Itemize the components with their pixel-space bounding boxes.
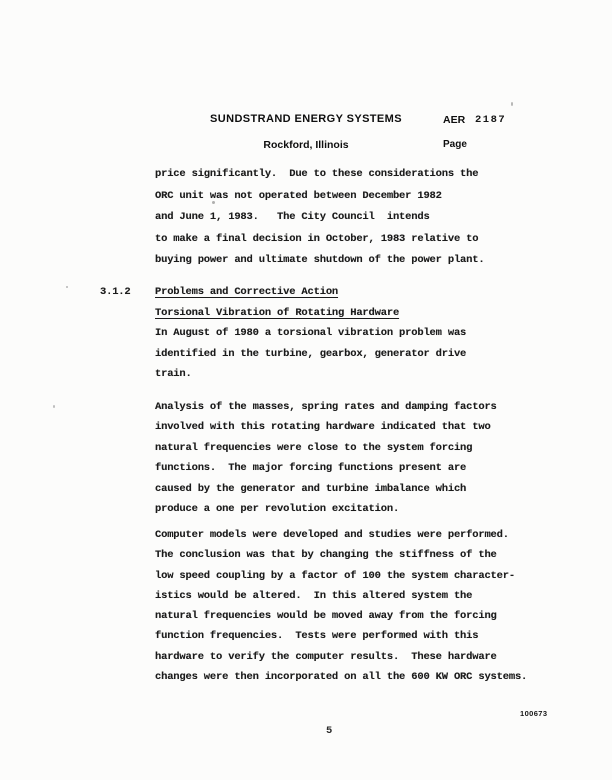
scan-speck [66, 286, 68, 288]
body-line: istics would be altered. In this altered… [155, 586, 527, 606]
scan-speck [511, 102, 513, 106]
report-number: 2187 [475, 114, 506, 126]
section-block: Problems and Corrective Action Torsional… [155, 282, 466, 385]
page-number: 5 [326, 725, 332, 737]
document-id-stamp: 100673 [520, 709, 547, 718]
body-line: The conclusion was that by changing the … [155, 545, 527, 565]
body-line: Computer models were developed and studi… [155, 525, 527, 545]
body-line: caused by the generator and turbine imba… [155, 479, 497, 499]
scan-speck [53, 405, 55, 408]
document-page: SUNDSTRAND ENERGY SYSTEMS Rockford, Illi… [0, 0, 612, 780]
body-line: natural frequencies would be moved away … [155, 606, 527, 626]
paragraph-analysis: Analysis of the masses, spring rates and… [155, 397, 497, 519]
sub-heading: Torsional Vibration of Rotating Hardware [155, 303, 466, 324]
body-line: Analysis of the masses, spring rates and… [155, 397, 497, 417]
body-line: hardware to verify the computer results.… [155, 647, 527, 667]
body-line: train. [155, 364, 466, 385]
body-line: and June 1, 1983. The City Council inten… [155, 207, 484, 229]
body-line: function frequencies. Tests were perform… [155, 626, 527, 646]
body-line: identified in the turbine, gearbox, gene… [155, 344, 466, 365]
body-line: low speed coupling by a factor of 100 th… [155, 566, 527, 586]
paragraph-intro: price significantly. Due to these consid… [155, 164, 484, 272]
body-line: produce a one per revolution excitation. [155, 499, 497, 519]
body-line: changes were then incorporated on all th… [155, 667, 527, 687]
body-line: natural frequencies were close to the sy… [155, 438, 497, 458]
company-location: Rockford, Illinois [150, 139, 462, 151]
body-line: ORC unit was not operated between Decemb… [155, 186, 484, 208]
body-line: price significantly. Due to these consid… [155, 164, 484, 186]
body-line: buying power and ultimate shutdown of th… [155, 250, 484, 272]
page-label: Page [443, 139, 467, 150]
section-number: 3.1.2 [100, 282, 131, 303]
section-heading: Problems and Corrective Action [155, 282, 466, 303]
body-line: involved with this rotating hardware ind… [155, 417, 497, 437]
paragraph-computer-models: Computer models were developed and studi… [155, 525, 527, 687]
report-label: AER [443, 114, 465, 126]
body-line: functions. The major forcing functions p… [155, 458, 497, 478]
company-name: SUNDSTRAND ENERGY SYSTEMS [150, 113, 462, 125]
body-line: to make a final decision in October, 198… [155, 229, 484, 251]
scan-speck [212, 201, 215, 204]
body-line: In August of 1980 a torsional vibration … [155, 323, 466, 344]
